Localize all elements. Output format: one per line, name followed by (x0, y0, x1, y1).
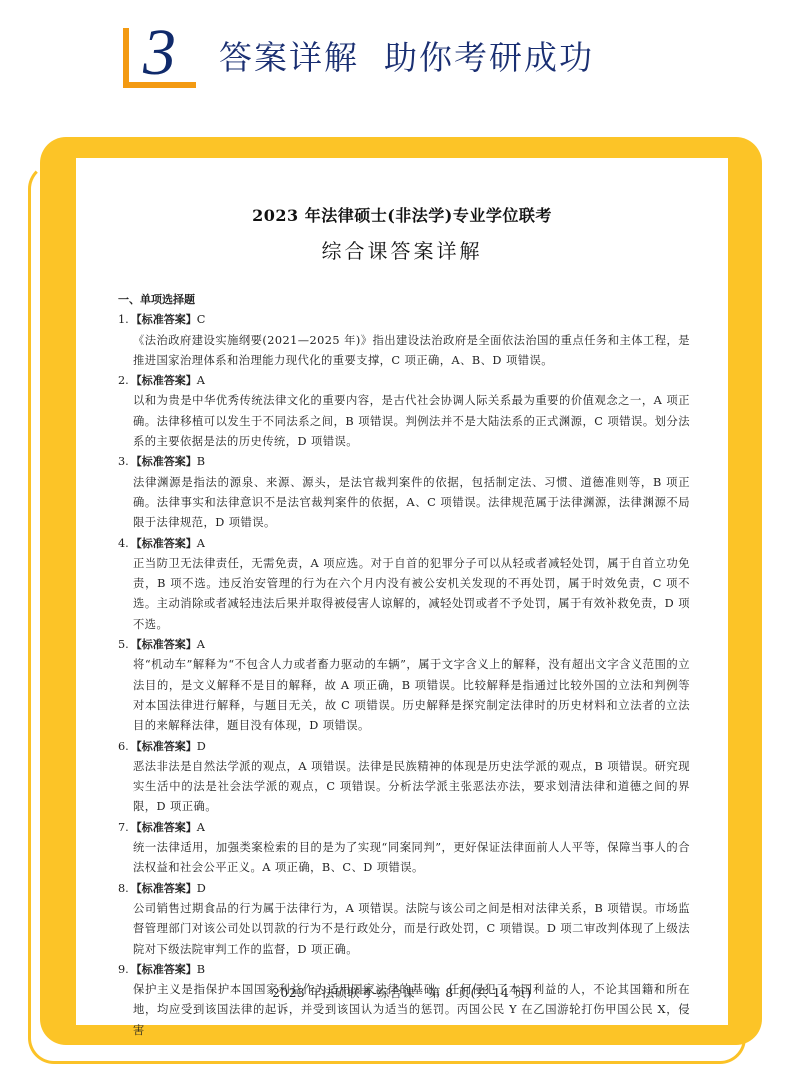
answer-item: 4.【标准答案】A 正当防卫无法律责任，无需免责，A 项应选。对于自首的犯罪分子… (118, 534, 690, 635)
answer-tag: 【标准答案】 (131, 455, 197, 468)
answer-value: D (197, 740, 206, 753)
answer-label: 4.【标准答案】A (118, 534, 690, 554)
answer-tag: 【标准答案】 (131, 740, 197, 753)
answer-item: 8.【标准答案】D 公司销售过期食品的行为属于法律行为，A 项错误。法院与该公司… (118, 879, 690, 960)
answer-item: 7.【标准答案】A 统一法律适用，加强类案检索的目的是为了实现“同案同判”，更好… (118, 818, 690, 879)
answer-value: A (197, 821, 205, 834)
answer-tag: 【标准答案】 (131, 821, 197, 834)
answer-value: B (197, 963, 205, 976)
answer-explanation: 公司销售过期食品的行为属于法律行为，A 项错误。法院与该公司之间是相对法律关系，… (118, 899, 690, 960)
answer-list: 一、单项选择题 1.【标准答案】C 《法治政府建设实施纲要(2021—2025 … (118, 290, 690, 1041)
header-title: 答案详解 助你考研成功 (219, 36, 594, 80)
item-number: 3. (118, 455, 129, 468)
answer-label: 2.【标准答案】A (118, 371, 690, 391)
item-number: 5. (118, 638, 129, 651)
answer-label: 1.【标准答案】C (118, 310, 690, 330)
answer-explanation: 统一法律适用，加强类案检索的目的是为了实现“同案同判”，更好保证法律面前人人平等… (118, 838, 690, 879)
document-subtitle: 综合课答案详解 (76, 235, 728, 264)
answer-tag: 【标准答案】 (131, 374, 197, 387)
answer-label: 6.【标准答案】D (118, 737, 690, 757)
answer-explanation: 《法治政府建设实施纲要(2021—2025 年)》指出建设法治政府是全面依法治国… (118, 331, 690, 372)
item-number: 8. (118, 882, 129, 895)
document-title: 2023 年法律硕士(非法学)专业学位联考 (76, 203, 728, 226)
answer-explanation: 恶法非法是自然法学派的观点，A 项错误。法律是民族精神的体现是历史法学派的观点，… (118, 757, 690, 818)
answer-value: D (197, 882, 206, 895)
answer-value: A (197, 537, 205, 550)
section-number: 3 (143, 18, 176, 88)
answer-explanation: 将“机动车”解释为“不包含人力或者畜力驱动的车辆”，属于文字含义上的解释，没有超… (118, 655, 690, 736)
answer-value: A (197, 638, 205, 651)
answer-item: 5.【标准答案】A 将“机动车”解释为“不包含人力或者畜力驱动的车辆”，属于文字… (118, 635, 690, 736)
answer-explanation: 法律渊源是指法的源泉、来源、源头，是法官裁判案件的依据，包括制定法、习惯、道德准… (118, 473, 690, 534)
answer-explanation: 正当防卫无法律责任，无需免责，A 项应选。对于自首的犯罪分子可以从轻或者减轻处罚… (118, 554, 690, 635)
item-number: 1. (118, 313, 129, 326)
page-footer: 2023 年法硕联考-综合课 第 8 页(共 14 页) (76, 984, 728, 1001)
answer-tag: 【标准答案】 (131, 963, 197, 976)
answer-item: 3.【标准答案】B 法律渊源是指法的源泉、来源、源头，是法官裁判案件的依据，包括… (118, 452, 690, 533)
answer-item: 6.【标准答案】D 恶法非法是自然法学派的观点，A 项错误。法律是民族精神的体现… (118, 737, 690, 818)
page-header: 3 答案详解 助你考研成功 (0, 0, 790, 110)
accent-bracket-vertical (123, 28, 129, 88)
answer-item: 2.【标准答案】A 以和为贵是中华优秀传统法律文化的重要内容，是古代社会协调人际… (118, 371, 690, 452)
section-heading: 一、单项选择题 (118, 290, 690, 310)
answer-explanation: 以和为贵是中华优秀传统法律文化的重要内容，是古代社会协调人际关系最为重要的价值观… (118, 391, 690, 452)
answer-label: 3.【标准答案】B (118, 452, 690, 472)
answer-item: 1.【标准答案】C 《法治政府建设实施纲要(2021—2025 年)》指出建设法… (118, 310, 690, 371)
item-number: 4. (118, 537, 129, 550)
answer-tag: 【标准答案】 (131, 313, 197, 326)
answer-label: 5.【标准答案】A (118, 635, 690, 655)
answer-value: C (197, 313, 206, 326)
answer-tag: 【标准答案】 (131, 638, 197, 651)
answer-label: 8.【标准答案】D (118, 879, 690, 899)
item-number: 2. (118, 374, 129, 387)
item-number: 7. (118, 821, 129, 834)
item-number: 9. (118, 963, 129, 976)
answer-label: 7.【标准答案】A (118, 818, 690, 838)
answer-tag: 【标准答案】 (131, 882, 197, 895)
answer-tag: 【标准答案】 (131, 537, 197, 550)
answer-label: 9.【标准答案】B (118, 960, 690, 980)
document-page: 2023 年法律硕士(非法学)专业学位联考 综合课答案详解 一、单项选择题 1.… (76, 158, 728, 1025)
answer-value: B (197, 455, 205, 468)
item-number: 6. (118, 740, 129, 753)
answer-value: A (197, 374, 205, 387)
